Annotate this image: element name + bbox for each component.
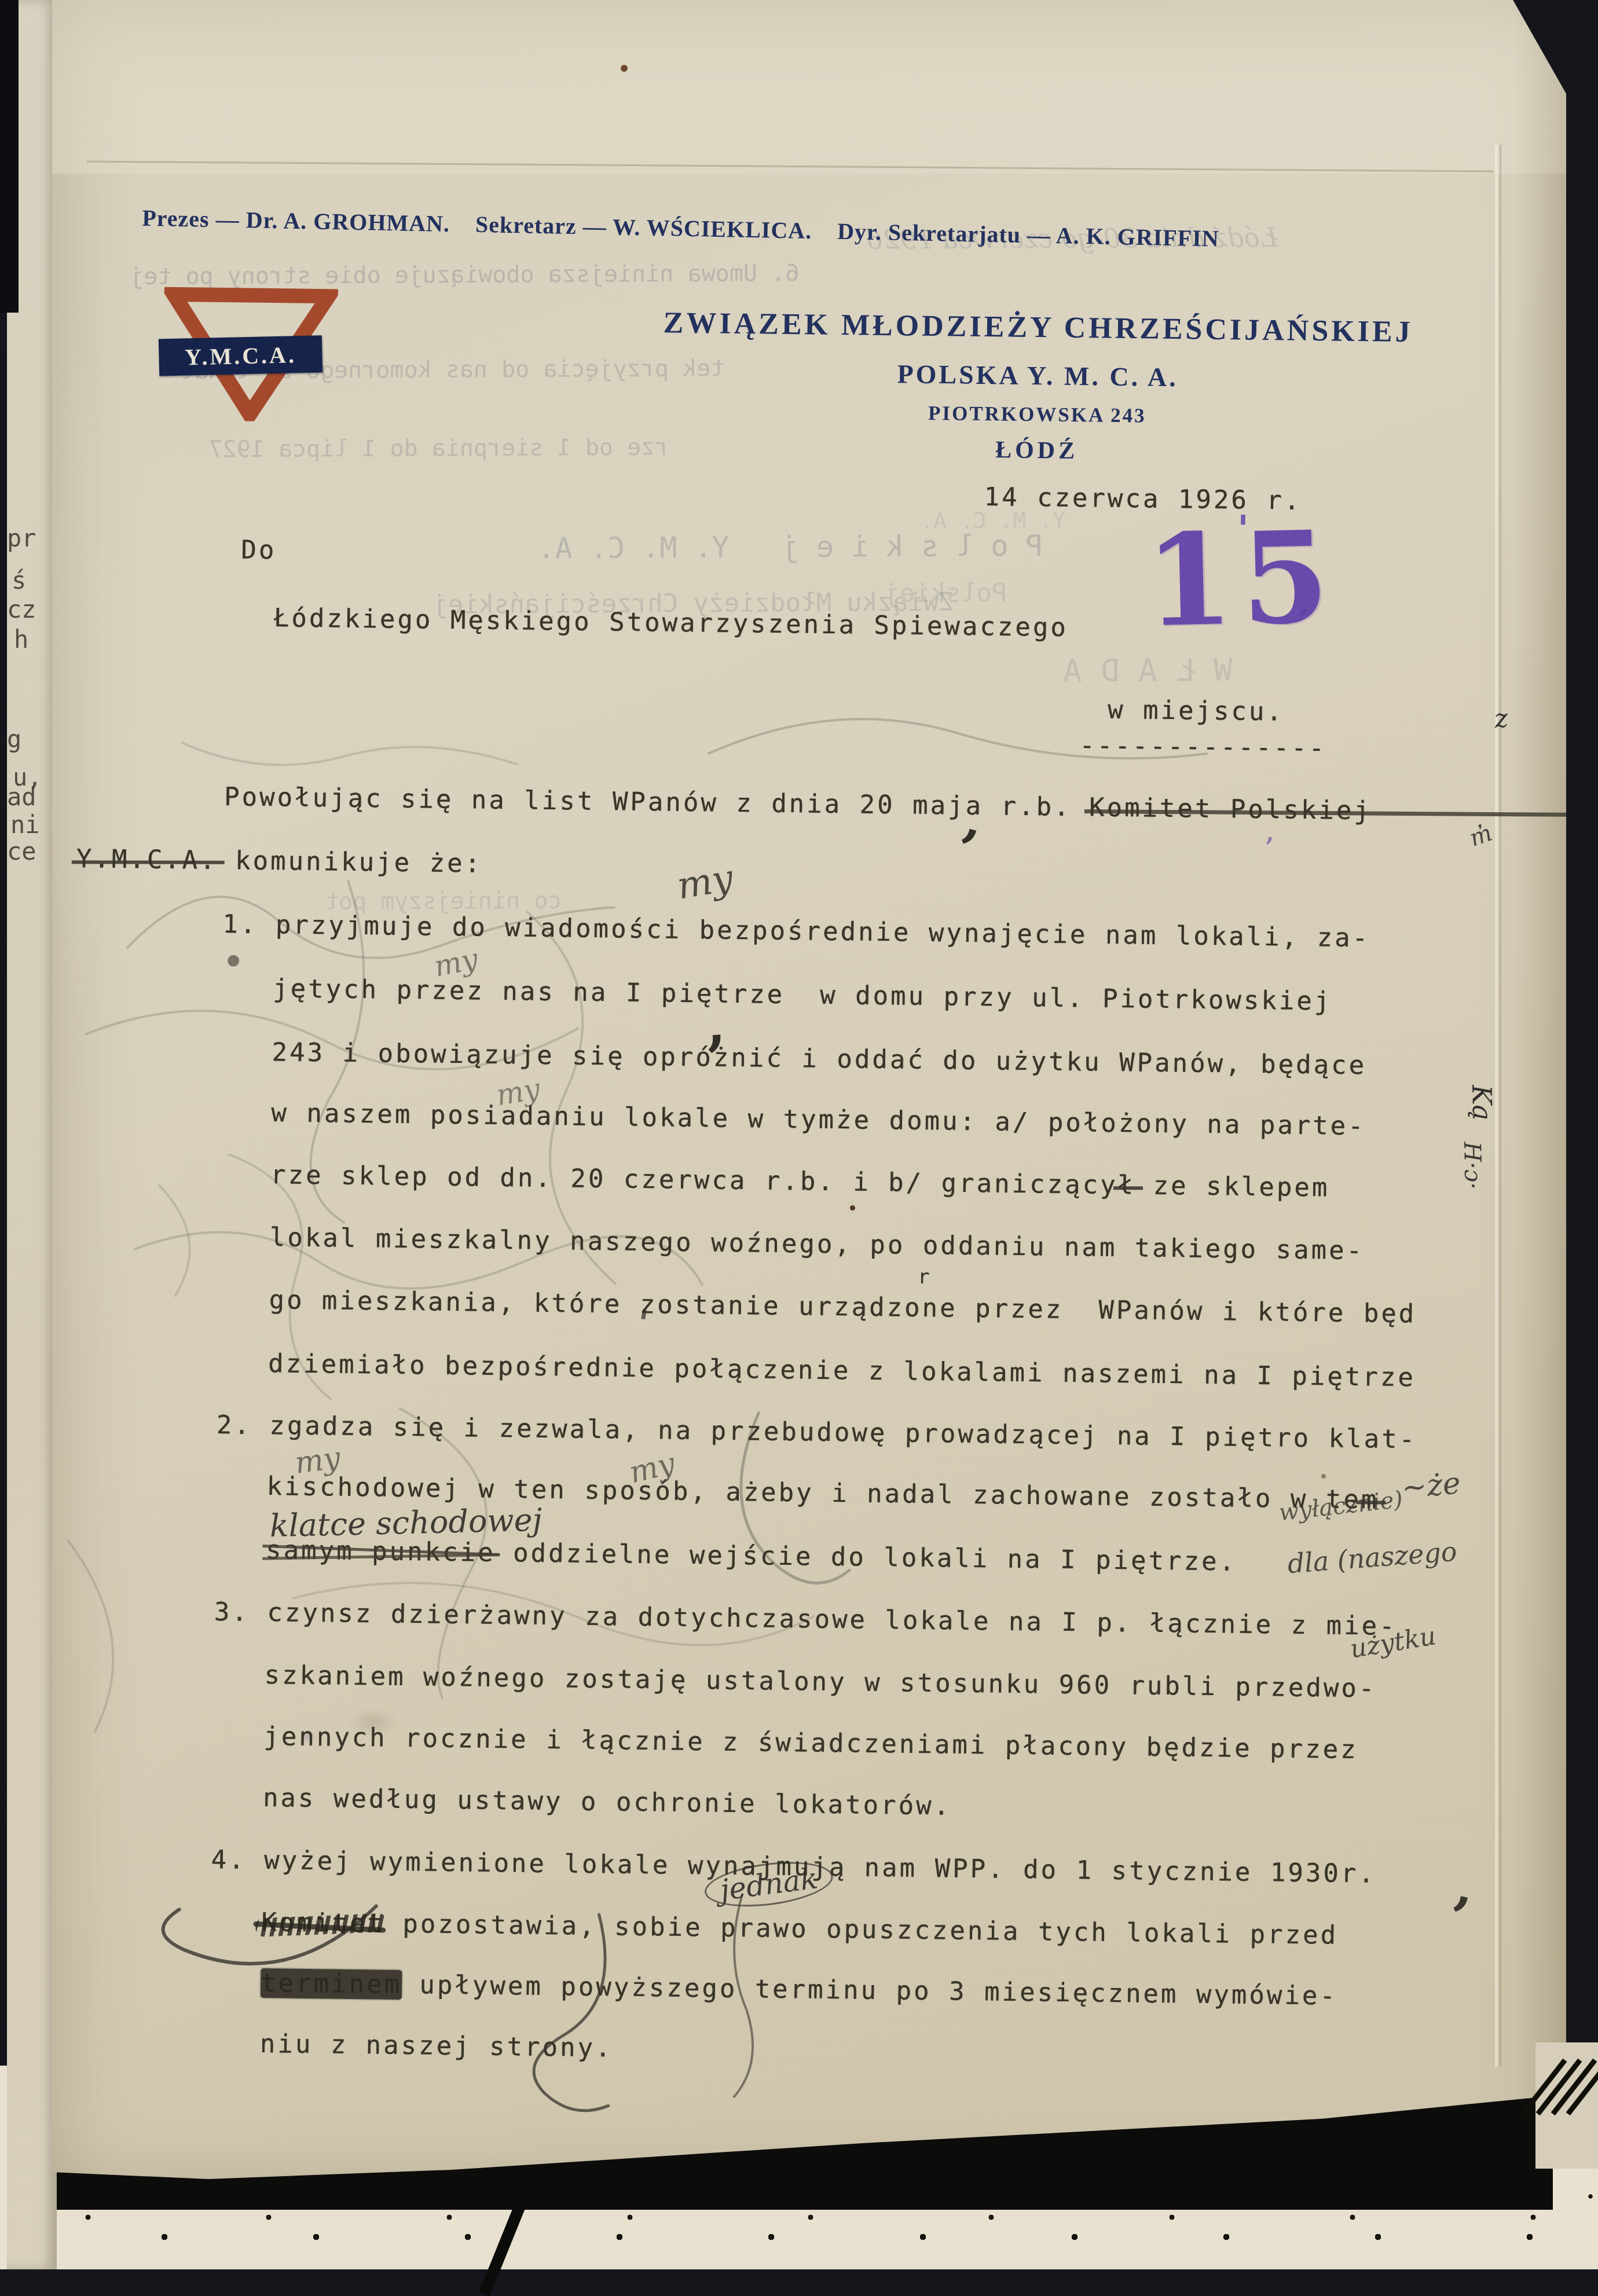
handwritten-note: klatce schodowej: [269, 1502, 543, 1545]
corner-paper-wedge: [1535, 2042, 1598, 2169]
typed-segment: że:: [412, 848, 483, 878]
typed-segment-strike: ł: [1117, 1171, 1135, 1200]
handwritten-note: my: [674, 857, 736, 908]
typed-line: r: [918, 1266, 932, 1289]
pencil-scribble-path: [182, 743, 518, 768]
typed-segment-strike: Y.M.C.A.: [76, 844, 218, 875]
edge-text-fragment: pr: [7, 524, 36, 552]
typed-line: Y.M.C.A. komunikuje że:: [76, 844, 483, 879]
recipient-place: w miejscu.: [1108, 695, 1285, 727]
typed-segment: komunikuje: [217, 846, 412, 878]
edge-text-fragment: ś: [12, 566, 26, 595]
ymca-logo-text: Y.M.C.A.: [185, 341, 297, 371]
handwritten-note: H·ɔ·: [1458, 1142, 1486, 1190]
letter-page: Łódź dnia 30-go czerwca 19266. Umowa nin…: [52, 0, 1566, 2194]
ymca-logo-band: Y.M.C.A.: [159, 335, 322, 376]
ink-blob: ': [1237, 511, 1249, 548]
ink-blob: ●: [227, 952, 240, 967]
page-content: Łódź dnia 30-go czerwca 19266. Umowa nin…: [25, 0, 1566, 2210]
recipient-salutation: Do: [241, 535, 277, 565]
pencil-scribble-path: [533, 1914, 610, 2111]
typed-segment: ze sklepem: [1135, 1171, 1330, 1202]
typed-line: niu z naszej strony.: [260, 2029, 613, 2063]
typed-segment: r: [918, 1266, 932, 1289]
typed-segment-blackout: terminem: [261, 1968, 402, 2000]
edge-text-fragment: g: [7, 725, 21, 753]
typed-segment: niu z naszej strony.: [260, 2029, 613, 2063]
recipient-place-underline: --------------: [1079, 731, 1326, 763]
left-edge-text-fragments: prśczhgu,adnice: [7, 0, 57, 2269]
typed-segment-scribble: Komitet: [261, 1908, 385, 1939]
pencil-scribble-path: [65, 1541, 115, 1732]
edge-text-fragment: ni: [10, 810, 40, 839]
edge-text-fragment: ce: [7, 837, 36, 865]
edge-text-fragment: cz: [7, 595, 36, 623]
edge-text-fragment: h: [14, 625, 28, 654]
handwritten-note: Ką: [1466, 1084, 1498, 1121]
typed-segment-strike-long: Komitet Polskiej: [1089, 793, 1372, 826]
handwritten-note: ~że: [1400, 1466, 1462, 1506]
handwritten-note: z: [1493, 703, 1509, 734]
handwritten-note: my: [494, 1072, 543, 1112]
handwritten-note: my: [293, 1440, 343, 1481]
typed-segment: pozostawia, sobie: [385, 1909, 721, 1943]
edge-text-fragment: ad: [7, 783, 36, 811]
ink-blob: ,: [1266, 821, 1274, 845]
